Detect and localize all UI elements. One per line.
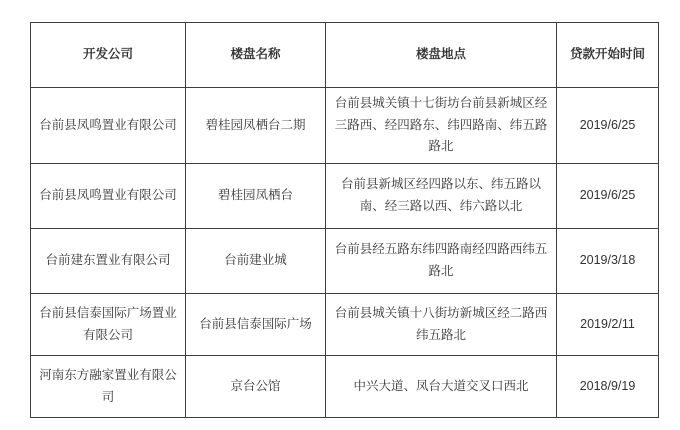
page-background: 开发公司 楼盘名称 楼盘地点 贷款开始时间 台前县凤鸣置业有限公司 碧桂园凤栖台… (0, 0, 680, 430)
property-address-cell: 台前县经五路东纬四路南经四路西纬五路北 (326, 229, 557, 294)
property-name-cell: 京台公馆 (186, 356, 326, 418)
company-cell: 台前建东置业有限公司 (31, 229, 186, 294)
table-row: 台前县凤鸣置业有限公司 碧桂园凤栖台 台前县新城区经四路以东、纬五路以南、经三路… (31, 164, 659, 229)
company-cell: 台前县凤鸣置业有限公司 (31, 88, 186, 164)
loan-date-cell: 2019/6/25 (557, 164, 659, 229)
loan-date-cell: 2019/3/18 (557, 229, 659, 294)
table-row: 台前县信泰国际广场置业有限公司 台前县信泰国际广场 台前县城关镇十八街坊新城区经… (31, 294, 659, 356)
company-cell: 台前县凤鸣置业有限公司 (31, 164, 186, 229)
loan-date-cell: 2019/2/11 (557, 294, 659, 356)
table-row: 河南东方融家置业有限公司 京台公馆 中兴大道、凤台大道交叉口西北 2018/9/… (31, 356, 659, 418)
header-property-address: 楼盘地点 (326, 23, 557, 88)
header-property-name: 楼盘名称 (186, 23, 326, 88)
loan-date-cell: 2018/9/19 (557, 356, 659, 418)
property-name-cell: 碧桂园凤栖台二期 (186, 88, 326, 164)
header-company: 开发公司 (31, 23, 186, 88)
loan-date-cell: 2019/6/25 (557, 88, 659, 164)
property-name-cell: 台前建业城 (186, 229, 326, 294)
property-name-cell: 碧桂园凤栖台 (186, 164, 326, 229)
property-address-cell: 中兴大道、凤台大道交叉口西北 (326, 356, 557, 418)
company-cell: 河南东方融家置业有限公司 (31, 356, 186, 418)
table-row: 台前县凤鸣置业有限公司 碧桂园凤栖台二期 台前县城关镇十七街坊台前县新城区经三路… (31, 88, 659, 164)
company-cell: 台前县信泰国际广场置业有限公司 (31, 294, 186, 356)
property-address-cell: 台前县城关镇十七街坊台前县新城区经三路西、经四路东、纬四路南、纬五路路北 (326, 88, 557, 164)
table-header-row: 开发公司 楼盘名称 楼盘地点 贷款开始时间 (31, 23, 659, 88)
property-name-cell: 台前县信泰国际广场 (186, 294, 326, 356)
table-row: 台前建东置业有限公司 台前建业城 台前县经五路东纬四路南经四路西纬五路北 201… (31, 229, 659, 294)
property-address-cell: 台前县新城区经四路以东、纬五路以南、经三路以西、纬六路以北 (326, 164, 557, 229)
property-address-cell: 台前县城关镇十八街坊新城区经二路西纬五路北 (326, 294, 557, 356)
header-loan-start-date: 贷款开始时间 (557, 23, 659, 88)
loan-records-table: 开发公司 楼盘名称 楼盘地点 贷款开始时间 台前县凤鸣置业有限公司 碧桂园凤栖台… (30, 22, 659, 418)
